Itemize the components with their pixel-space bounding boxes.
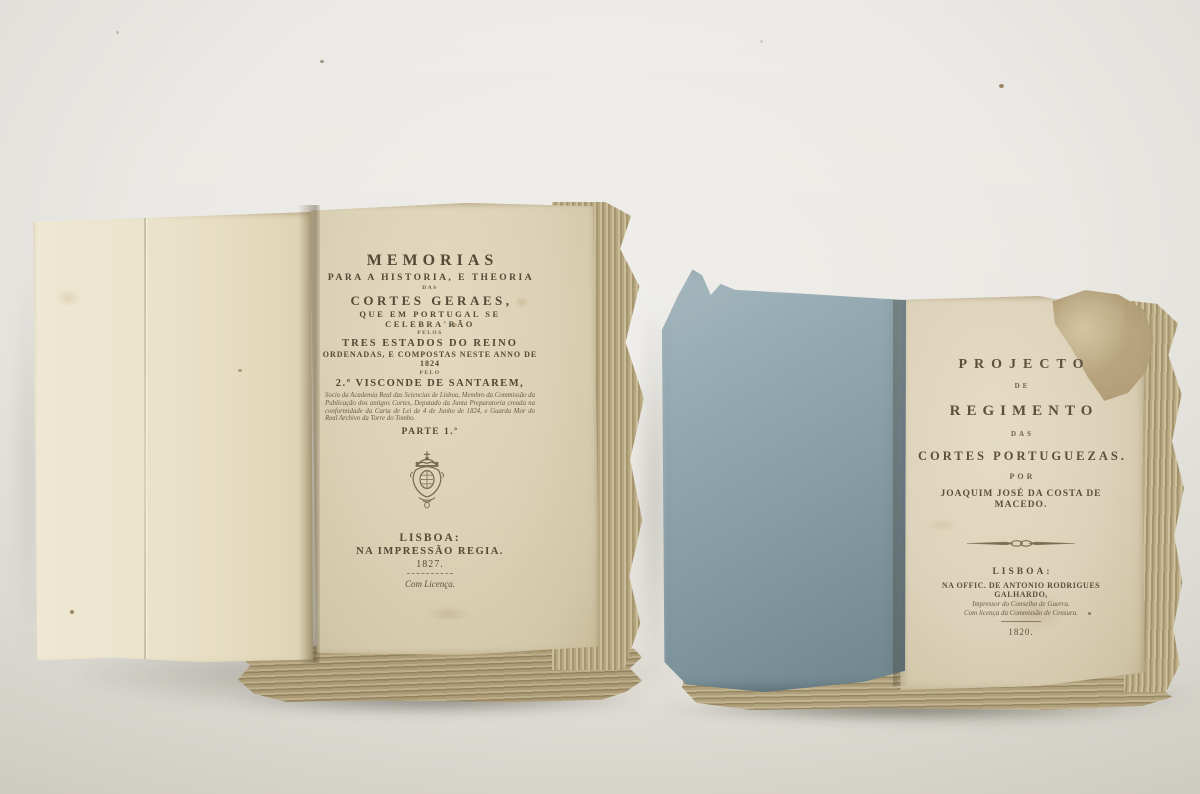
right-imprint-year: 1820. [915, 627, 1127, 637]
right-imprint-city: LISBOA: [915, 567, 1127, 578]
left-book-connector: PELO [318, 370, 542, 376]
left-book-line-celebration: QUE EM PORTUGAL SE CELEBRA'RÃO [318, 309, 542, 329]
left-imprint-block: LISBOA: NA IMPRESSÃO REGIA. 1827. Com Li… [318, 532, 542, 589]
left-book-author: 2.º VISCONDE DE SANTAREM, [318, 378, 542, 390]
flyleaf-fold-crease [144, 214, 146, 661]
left-book-line-estados: TRES ESTADOS DO REINO [318, 338, 542, 350]
right-imprint-licence: Com licença da Commissão de Censura. [915, 609, 1127, 617]
paper-speck [760, 40, 763, 43]
right-book-connector: DAS [915, 430, 1127, 438]
dashed-rule [407, 573, 453, 574]
left-book-subtitle: PARA A HISTORIA, E THEORIA [318, 273, 542, 284]
right-imprint-publisher: NA OFFIC. DE ANTONIO RODRIGUES GALHARDO, [915, 581, 1127, 599]
right-book-connector: POR [915, 472, 1127, 481]
left-imprint-licence: Com Licença. [318, 579, 542, 589]
right-title-text-block: PROJECTO DE REGIMENTO DAS CORTES PORTUGU… [915, 356, 1127, 637]
right-book-author: JOAQUIM JOSÉ DA COSTA DE MACEDO. [915, 489, 1127, 511]
left-imprint-publisher: NA IMPRESSÃO REGIA. [318, 546, 542, 558]
photo-of-two-antique-books: MEMORIAS PARA A HISTORIA, E THEORIA DAS … [0, 0, 1200, 794]
left-book-connector: PELOS [318, 330, 542, 336]
right-book-title-line1: PROJECTO [915, 356, 1127, 373]
left-imprint-year: 1827. [318, 559, 542, 571]
left-book-author-credentials: Socio da Academia Real das Sciencias de … [318, 392, 542, 423]
right-book-connector: DE [915, 382, 1127, 390]
printer-ornament-icon [956, 537, 1086, 549]
right-book-gutter-shadow [893, 300, 909, 686]
paper-speck [999, 84, 1004, 88]
left-book-part-number: PARTE 1.ª [318, 427, 542, 438]
right-imprint-printer-role: Impressor do Conselho de Guerra. [915, 600, 1127, 608]
right-book-title-line2: REGIMENTO [915, 402, 1127, 420]
paper-speck [320, 60, 324, 63]
imprint-rule [1001, 621, 1041, 622]
left-title-text-block: MEMORIAS PARA A HISTORIA, E THEORIA DAS … [318, 252, 542, 438]
right-imprint-block: LISBOA: NA OFFIC. DE ANTONIO RODRIGUES G… [915, 567, 1127, 637]
left-imprint-city: LISBOA: [318, 532, 542, 545]
left-book-line-ordenadas: ORDENADAS, E COMPOSTAS NESTE ANNO DE 182… [318, 350, 542, 368]
royal-crest-icon [402, 450, 452, 510]
left-book-series-title: CORTES GERAES, [318, 293, 542, 308]
left-book-title: MEMORIAS [318, 252, 542, 270]
left-book-flyleaf-page [33, 212, 313, 664]
blue-paper-wrapper-cover [662, 266, 906, 692]
left-book-connector: DAS [318, 285, 542, 291]
left-book-gutter-shadow [298, 205, 320, 663]
paper-speck [116, 31, 119, 34]
right-book-title-line3: CORTES PORTUGUEZAS. [915, 449, 1127, 464]
